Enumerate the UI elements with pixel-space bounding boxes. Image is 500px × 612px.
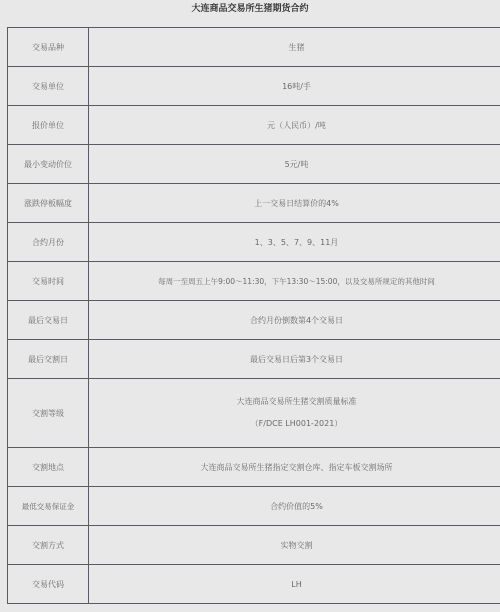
row-value: 大连商品交易所生猪指定交割仓库、指定车板交割场所 [89, 448, 500, 487]
table-row: 最小变动价位 5元/吨 [8, 145, 500, 184]
row-label: 报价单位 [8, 106, 89, 145]
table-row: 交易代码 LH [8, 565, 500, 604]
row-label: 交割方式 [8, 526, 89, 565]
table-row: 交易品种 生猪 [8, 28, 500, 67]
row-value: 合约价值的5% [89, 487, 500, 526]
table-row: 交易时间 每周一至周五上午9:00～11:30，下午13:30～15:00，以及… [8, 262, 500, 301]
table-row: 交割等级 大连商品交易所生猪交割质量标准 （F/DCE LH001-2021） [8, 379, 500, 448]
row-value: 最后交易日后第3个交易日 [89, 340, 500, 379]
row-label: 涨跌停板幅度 [8, 184, 89, 223]
row-label: 最小变动价位 [8, 145, 89, 184]
row-label: 交易时间 [8, 262, 89, 301]
row-value-line: 大连商品交易所生猪交割质量标准 [93, 395, 500, 409]
row-label: 最低交易保证金 [8, 487, 89, 526]
document-title: 大连商品交易所生猪期货合约 [0, 0, 500, 20]
table-row: 交割地点 大连商品交易所生猪指定交割仓库、指定车板交割场所 [8, 448, 500, 487]
row-value: 元（人民币）/吨 [89, 106, 500, 145]
row-label: 合约月份 [8, 223, 89, 262]
row-value: 大连商品交易所生猪交割质量标准 （F/DCE LH001-2021） [89, 379, 500, 448]
row-value: 合约月份倒数第4个交易日 [89, 301, 500, 340]
row-value: 16吨/手 [89, 67, 500, 106]
row-label: 交易品种 [8, 28, 89, 67]
row-value: LH [89, 565, 500, 604]
table-row: 最后交割日 最后交易日后第3个交易日 [8, 340, 500, 379]
row-value: 5元/吨 [89, 145, 500, 184]
table-row: 合约月份 1、3、5、7、9、11月 [8, 223, 500, 262]
table-row: 交易单位 16吨/手 [8, 67, 500, 106]
row-label: 交易单位 [8, 67, 89, 106]
row-value: 上一交易日结算价的4% [89, 184, 500, 223]
row-label: 交割地点 [8, 448, 89, 487]
table-row: 报价单位 元（人民币）/吨 [8, 106, 500, 145]
table-row: 涨跌停板幅度 上一交易日结算价的4% [8, 184, 500, 223]
row-label: 最后交割日 [8, 340, 89, 379]
table-row: 最后交易日 合约月份倒数第4个交易日 [8, 301, 500, 340]
row-value: 每周一至周五上午9:00～11:30，下午13:30～15:00，以及交易所规定… [89, 262, 500, 301]
row-value: 实物交割 [89, 526, 500, 565]
row-value: 1、3、5、7、9、11月 [89, 223, 500, 262]
row-label: 最后交易日 [8, 301, 89, 340]
row-label: 交割等级 [8, 379, 89, 448]
row-value: 生猪 [89, 28, 500, 67]
contract-specs-table: 交易品种 生猪 交易单位 16吨/手 报价单位 元（人民币）/吨 最小变动价位 … [7, 27, 500, 604]
table-row: 最低交易保证金 合约价值的5% [8, 487, 500, 526]
table-row: 交割方式 实物交割 [8, 526, 500, 565]
row-value-line: （F/DCE LH001-2021） [93, 417, 500, 431]
row-label: 交易代码 [8, 565, 89, 604]
